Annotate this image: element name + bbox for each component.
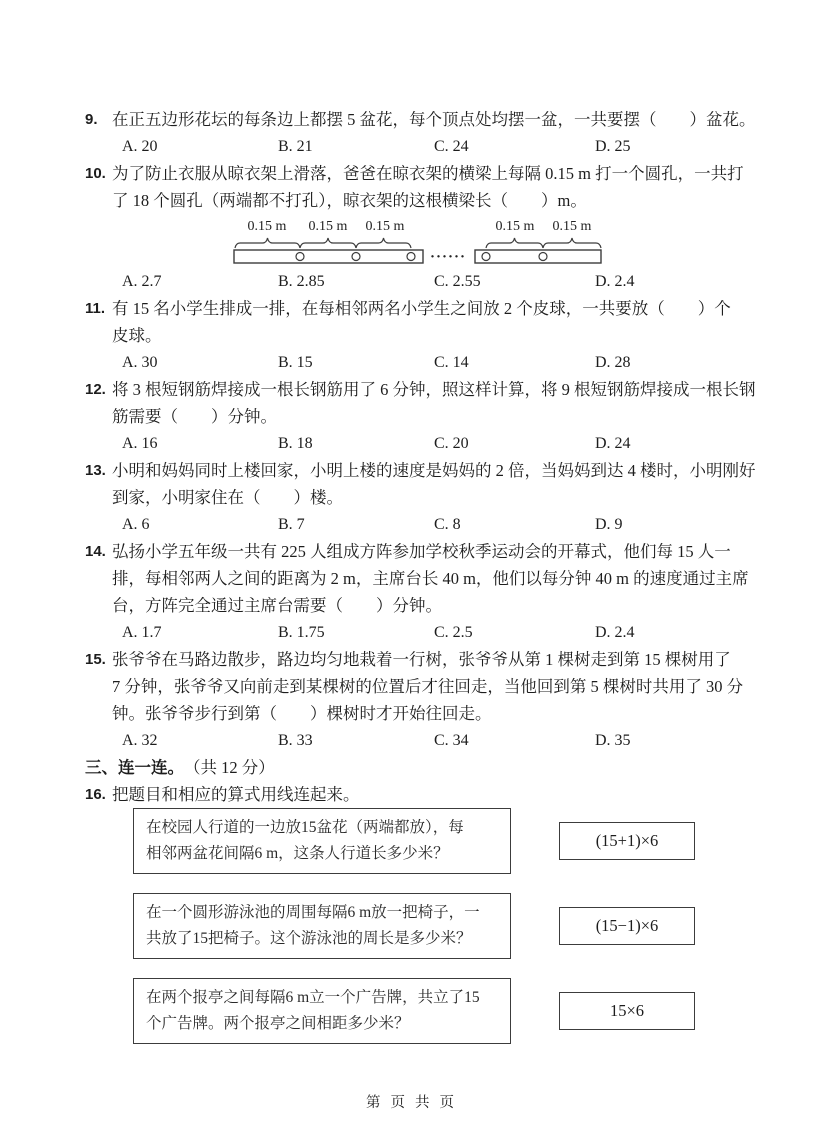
question-12: 12. 将 3 根短钢筋焊接成一根长钢筋用了 6 分钟，照这样计算，将 9 根短…: [85, 376, 738, 457]
option-b: B. 21: [278, 133, 434, 160]
match-row-1: 在校园人行道的一边放15盆花（两端都放），每 相邻两盆花间隔6 m，这条人行道长…: [133, 808, 695, 874]
expression-box: 15×6: [559, 992, 695, 1030]
interval-label: 0.15 m: [366, 219, 405, 234]
ellipsis-dots: ······: [430, 249, 466, 265]
option-c: C. 24: [434, 133, 595, 160]
option-c: C. 34: [434, 727, 595, 754]
question-text-line: 7 分钟，张爷爷又向前走到某棵树的位置后才往回走，当他回到第 5 棵树时共用了 …: [112, 673, 738, 700]
question-16-prompt: 把题目和相应的算式用线连起来。: [112, 781, 738, 808]
option-b: B. 7: [278, 511, 434, 538]
question-9: 9. 在正五边形花坛的每条边上都摆 5 盆花，每个顶点处均摆一盆，一共要摆（ ）…: [85, 106, 738, 160]
question-text-line: 在正五边形花坛的每条边上都摆 5 盆花，每个顶点处均摆一盆，一共要摆（ ）盆花。: [112, 106, 738, 133]
interval-label: 0.15 m: [309, 219, 348, 234]
question-text-line: 钟。张爷爷步行到第（ ）棵树时才开始往回走。: [112, 700, 738, 727]
question-number: 16.: [85, 781, 112, 808]
question-number: 12.: [85, 376, 112, 457]
option-d: D. 35: [595, 727, 738, 754]
section-title: 连一连。: [118, 754, 184, 781]
problem-text-line: 在校园人行道的一边放15盆花（两端都放），每: [146, 815, 498, 841]
question-number: 10.: [85, 160, 112, 295]
options-row: A. 2.7 B. 2.85 C. 2.55 D. 2.4: [112, 268, 738, 295]
option-a: A. 6: [122, 511, 278, 538]
question-14: 14. 弘扬小学五年级一共有 225 人组成方阵参加学校秋季运动会的开幕式，他们…: [85, 538, 738, 646]
page-footer: 第 页 共 页: [85, 1091, 738, 1112]
hole-circles: [296, 253, 547, 261]
problem-box: 在一个圆形游泳池的周围每隔6 m放一把椅子，一 共放了15把椅子。这个游泳池的周…: [133, 893, 511, 959]
match-row-3: 在两个报亭之间每隔6 m立一个广告牌，共立了15 个广告牌。两个报亭之间相距多少…: [133, 978, 695, 1044]
page-content: 9. 在正五边形花坛的每条边上都摆 5 盆花，每个顶点处均摆一盆，一共要摆（ ）…: [0, 0, 816, 1112]
option-b: B. 18: [278, 430, 434, 457]
option-b: B. 33: [278, 727, 434, 754]
problem-box: 在两个报亭之间每隔6 m立一个广告牌，共立了15 个广告牌。两个报亭之间相距多少…: [133, 978, 511, 1044]
question-text-line: 小明和妈妈同时上楼回家，小明上楼的速度是妈妈的 2 倍，当妈妈到达 4 楼时，小…: [112, 457, 738, 484]
test-paper-page: 9. 在正五边形花坛的每条边上都摆 5 盆花，每个顶点处均摆一盆，一共要摆（ ）…: [0, 0, 816, 1121]
option-a: A. 1.7: [122, 619, 278, 646]
option-a: A. 32: [122, 727, 278, 754]
question-text-line: 筋需要（ ）分钟。: [112, 403, 738, 430]
option-c: C. 20: [434, 430, 595, 457]
brace-marks: [235, 238, 601, 248]
question-text-line: 了 18 个圆孔（两端都不打孔），晾衣架的这根横梁长（ ）m。: [112, 187, 738, 214]
options-row: A. 20 B. 21 C. 24 D. 25: [112, 133, 738, 160]
option-d: D. 28: [595, 349, 738, 376]
question-number: 13.: [85, 457, 112, 538]
question-number: 15.: [85, 646, 112, 754]
interval-label: 0.15 m: [553, 219, 592, 234]
option-d: D. 25: [595, 133, 738, 160]
problem-text-line: 个广告牌。两个报亭之间相距多少米？: [146, 1011, 498, 1037]
option-b: B. 1.75: [278, 619, 434, 646]
expression-box: (15−1)×6: [559, 907, 695, 945]
question-15: 15. 张爷爷在马路边散步，路边均匀地栽着一行树，张爷爷从第 1 棵树走到第 1…: [85, 646, 738, 754]
question-text-line: 台，方阵完全通过主席台需要（ ）分钟。: [112, 592, 738, 619]
question-10: 10. 为了防止衣服从晾衣架上滑落，爸爸在晾衣架的横梁上每隔 0.15 m 打一…: [85, 160, 738, 295]
option-d: D. 24: [595, 430, 738, 457]
options-row: A. 16 B. 18 C. 20 D. 24: [112, 430, 738, 457]
problem-box: 在校园人行道的一边放15盆花（两端都放），每 相邻两盆花间隔6 m，这条人行道长…: [133, 808, 511, 874]
question-text-line: 到家，小明家住在（ ）楼。: [112, 484, 738, 511]
options-row: A. 1.7 B. 1.75 C. 2.5 D. 2.4: [112, 619, 738, 646]
option-a: A. 20: [122, 133, 278, 160]
option-a: A. 30: [122, 349, 278, 376]
option-a: A. 2.7: [122, 268, 278, 295]
question-13: 13. 小明和妈妈同时上楼回家，小明上楼的速度是妈妈的 2 倍，当妈妈到达 4 …: [85, 457, 738, 538]
option-c: C. 8: [434, 511, 595, 538]
option-a: A. 16: [122, 430, 278, 457]
interval-label: 0.15 m: [496, 219, 535, 234]
option-d: D. 2.4: [595, 619, 738, 646]
problem-text-line: 相邻两盆花间隔6 m，这条人行道长多少米？: [146, 841, 498, 867]
question-number: 9.: [85, 106, 112, 160]
question-text-line: 皮球。: [112, 322, 738, 349]
question-16: 16. 把题目和相应的算式用线连起来。: [85, 781, 738, 808]
option-c: C. 2.5: [434, 619, 595, 646]
option-b: B. 2.85: [278, 268, 434, 295]
expression-box: (15+1)×6: [559, 822, 695, 860]
question-11: 11. 有 15 名小学生排成一排，在每相邻两名小学生之间放 2 个皮球，一共要…: [85, 295, 738, 376]
question-text-line: 张爷爷在马路边散步，路边均匀地栽着一行树，张爷爷从第 1 棵树走到第 15 棵树…: [112, 646, 738, 673]
problem-text-line: 在一个圆形游泳池的周围每隔6 m放一把椅子，一: [146, 900, 498, 926]
question-text-line: 弘扬小学五年级一共有 225 人组成方阵参加学校秋季运动会的开幕式，他们每 15…: [112, 538, 738, 565]
options-row: A. 30 B. 15 C. 14 D. 28: [112, 349, 738, 376]
options-row: A. 6 B. 7 C. 8 D. 9: [112, 511, 738, 538]
question-number: 14.: [85, 538, 112, 646]
match-row-2: 在一个圆形游泳池的周围每隔6 m放一把椅子，一 共放了15把椅子。这个游泳池的周…: [133, 893, 695, 959]
question-number: 11.: [85, 295, 112, 376]
clothes-rack-diagram: 0.15 m 0.15 m 0.15 m 0.15 m 0.15 m: [233, 217, 738, 267]
section-three-header: 三、连一连。（共 12 分）: [85, 754, 738, 781]
option-d: D. 2.4: [595, 268, 738, 295]
option-c: C. 14: [434, 349, 595, 376]
problem-text-line: 共放了15把椅子。这个游泳池的周长是多少米？: [146, 926, 498, 952]
problem-text-line: 在两个报亭之间每隔6 m立一个广告牌，共立了15: [146, 985, 498, 1011]
question-text-line: 排，每相邻两人之间的距离为 2 m，主席台长 40 m，他们以每分钟 40 m …: [112, 565, 738, 592]
section-number: 三、: [85, 754, 118, 781]
question-text-line: 有 15 名小学生排成一排，在每相邻两名小学生之间放 2 个皮球，一共要放（ ）…: [112, 295, 738, 322]
section-points: （共 12 分）: [184, 754, 275, 781]
options-row: A. 32 B. 33 C. 34 D. 35: [112, 727, 738, 754]
option-c: C. 2.55: [434, 268, 595, 295]
question-text-line: 将 3 根短钢筋焊接成一根长钢筋用了 6 分钟，照这样计算，将 9 根短钢筋焊接…: [112, 376, 738, 403]
question-text-line: 为了防止衣服从晾衣架上滑落，爸爸在晾衣架的横梁上每隔 0.15 m 打一个圆孔，…: [112, 160, 738, 187]
interval-label: 0.15 m: [248, 219, 287, 234]
option-b: B. 15: [278, 349, 434, 376]
option-d: D. 9: [595, 511, 738, 538]
